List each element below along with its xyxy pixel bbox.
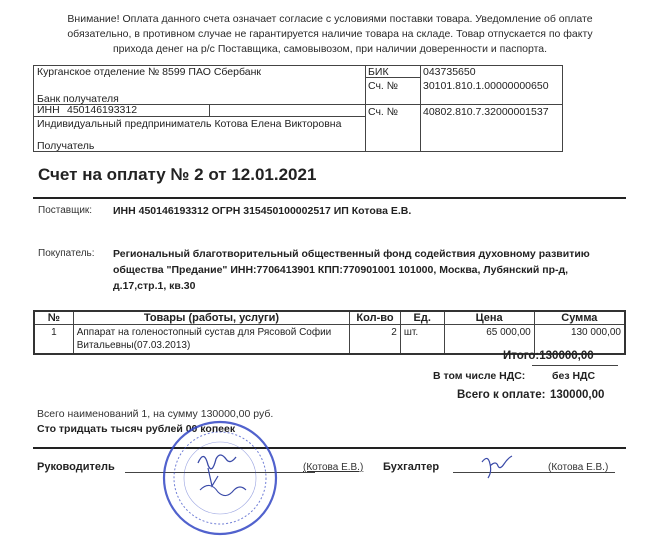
row-no: 1: [34, 325, 73, 355]
accountant-signature-icon: [476, 452, 522, 484]
col-no: №: [34, 311, 73, 325]
corr-account-value: 30101.810.1.00000000650: [423, 80, 549, 92]
supplier-label: Поставщик:: [38, 205, 92, 216]
bik-label: БИК: [368, 66, 389, 78]
col-qty: Кол-во: [350, 311, 401, 325]
grand-total-label: Всего к оплате:: [457, 389, 545, 401]
bank-name: Курганское отделение № 8599 ПАО Сбербанк: [37, 66, 261, 78]
row-unit: шт.: [400, 325, 444, 355]
account-value: 40802.810.7.32000001537: [423, 106, 549, 118]
total: Итого:130000,00: [503, 350, 594, 362]
col-sum: Сумма: [534, 311, 625, 325]
inn-label: ИНН: [37, 104, 60, 116]
accountant-label: Бухгалтер: [383, 461, 439, 473]
head-name: (Котова Е.В.): [303, 462, 363, 473]
inn-value: 450146193312: [67, 104, 137, 116]
seal-stamp-icon: [160, 418, 280, 538]
col-item: Товары (работы, услуги): [73, 311, 349, 325]
invoice-title: Счет на оплату № 2 от 12.01.2021: [38, 165, 316, 185]
recipient-name: Индивидуальный предприниматель Котова Ел…: [37, 118, 341, 130]
buyer-label: Покупатель:: [38, 248, 95, 259]
col-price: Цена: [444, 311, 534, 325]
bik-value: 043735650: [423, 66, 476, 78]
vat-value: без НДС: [552, 370, 595, 382]
row-qty: 2: [350, 325, 401, 355]
items-table: № Товары (работы, услуги) Кол-во Ед. Цен…: [33, 310, 626, 355]
corr-account-label: Сч. №: [368, 80, 398, 92]
vat-rule: [532, 365, 618, 366]
row-item: Аппарат на голеностопный сустав для Рясо…: [73, 325, 349, 355]
bank-details-table: Курганское отделение № 8599 ПАО Сбербанк…: [33, 65, 563, 152]
accountant-name: (Котова Е.В.): [548, 462, 608, 473]
col-unit: Ед.: [400, 311, 444, 325]
grand-total-value: 130000,00: [550, 389, 604, 401]
buyer-value: Региональный благотворительный обществен…: [113, 246, 613, 294]
recipient-label: Получатель: [37, 140, 94, 152]
title-divider: [33, 197, 626, 199]
payment-notice: Внимание! Оплата данного счета означает …: [60, 12, 600, 57]
account-label: Сч. №: [368, 106, 398, 118]
head-label: Руководитель: [37, 461, 115, 473]
vat-label: В том числе НДС:: [433, 370, 525, 382]
signature-divider: [33, 447, 626, 449]
supplier-value: ИНН 450146193312 ОГРН 315450100002517 ИП…: [113, 203, 411, 219]
